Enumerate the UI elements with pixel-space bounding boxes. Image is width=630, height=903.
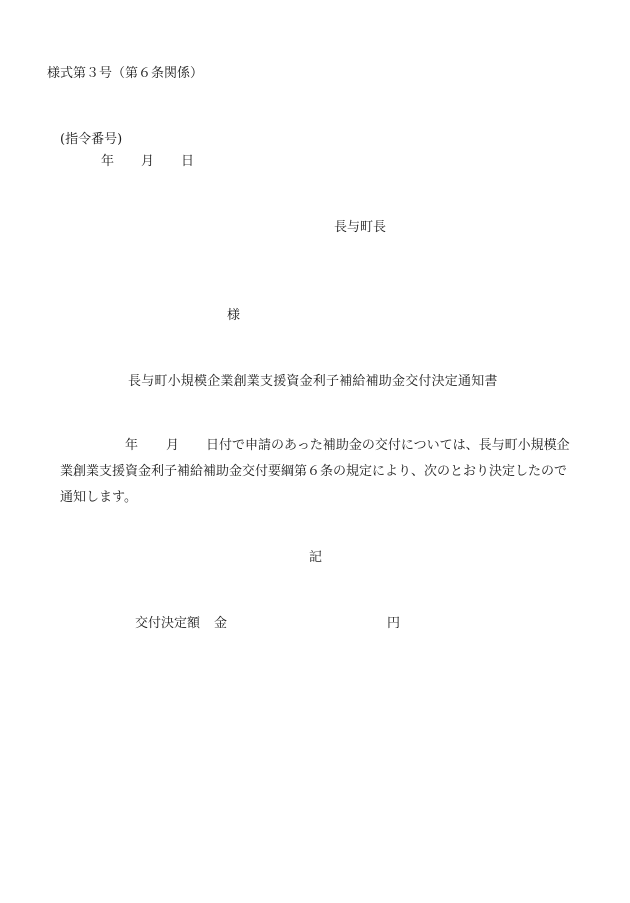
grant-amount-unit: 円 (387, 616, 400, 632)
issuer-name: 長与町長 (334, 220, 386, 236)
body-line-1-text: 日付で申請のあった補助金の交付については、長与町小規模企 (206, 433, 570, 459)
body-paragraph: 年 月 日付で申請のあった補助金の交付については、長与町小規模企 業創業支援資金… (60, 433, 588, 511)
date-year-label: 年 (101, 154, 114, 170)
ki-heading: 記 (309, 550, 322, 566)
grant-amount-prefix: 金 (214, 616, 227, 632)
grant-amount-row: 交付決定額 金 円 (0, 616, 630, 632)
body-line-3: 通知します。 (60, 485, 588, 511)
date-day-label: 日 (181, 154, 194, 170)
directive-number: (指令番号) (60, 132, 122, 148)
body-year-label: 年 (125, 433, 138, 459)
body-line-2: 業創業支援資金利子補給補助金交付要綱第６条の規定により、次のとおり決定したので (60, 459, 588, 485)
addressee-honorific: 様 (227, 308, 240, 324)
document-title: 長与町小規模企業創業支援資金利子補給補助金交付決定通知書 (128, 374, 498, 390)
issue-date: 年 月 日 (0, 154, 630, 170)
date-month-label: 月 (141, 154, 154, 170)
form-number: 様式第３号（第６条関係） (47, 66, 203, 82)
body-month-label: 月 (166, 433, 179, 459)
body-line-1: 年 月 日付で申請のあった補助金の交付については、長与町小規模企 (60, 433, 588, 459)
grant-amount-label: 交付決定額 (135, 616, 200, 632)
